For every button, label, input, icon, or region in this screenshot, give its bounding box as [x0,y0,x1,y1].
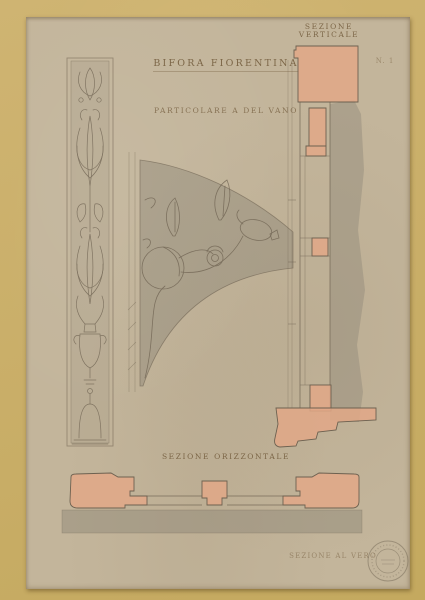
archive-stamp-icon [365,538,411,584]
drawing-sheet: Sezione Verticale N. 1 Bifora Fiorentina… [26,17,410,589]
horizontal-section-label: Sezione Orizzontale [136,453,316,461]
vertical-section-drawing [268,40,380,452]
pilaster-ornament-drawing [60,56,120,450]
vertical-section-label: Sezione Verticale [274,23,384,40]
horizontal-section-drawing [55,465,375,540]
